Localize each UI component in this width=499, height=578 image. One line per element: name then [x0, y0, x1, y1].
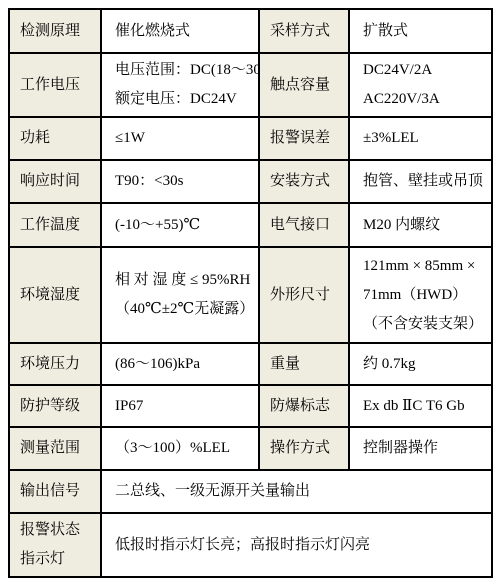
spec-value-cell: 抱管、壁挂或吊顶 [349, 160, 492, 203]
cell-text-line: Ex db ⅡC T6 Gb [363, 392, 487, 421]
cell-text-line: 指示灯 [20, 545, 96, 574]
cell-text-line: 121mm × 85mm × [363, 252, 487, 281]
spec-value-cell: (-10～+55)℃ [101, 203, 259, 247]
cell-text-line: 环境湿度 [20, 281, 96, 310]
spec-label-cell: 功耗 [9, 117, 101, 160]
cell-text-line: DC24V/2A [363, 56, 487, 85]
cell-text-line: （3～100）%LEL [115, 434, 254, 463]
cell-text-line: 响应时间 [20, 167, 96, 196]
cell-text-line: 测量范围 [20, 434, 96, 463]
cell-text-line: 工作温度 [20, 211, 96, 240]
spec-label-cell: 检测原理 [9, 9, 101, 53]
cell-text-line: 工作电压 [20, 71, 96, 100]
spec-label-cell: 防爆标志 [259, 385, 349, 427]
spec-row: 防护等级IP67防爆标志Ex db ⅡC T6 Gb [9, 385, 492, 427]
spec-value-cell: 二总线、一级无源开关量输出 [101, 470, 492, 513]
spec-label-cell: 操作方式 [259, 427, 349, 470]
spec-row: 测量范围（3～100）%LEL操作方式控制器操作 [9, 427, 492, 470]
cell-text-line: 二总线、一级无源开关量输出 [115, 477, 487, 506]
cell-text-line: AC220V/3A [363, 85, 487, 114]
spec-row: 工作电压电压范围：DC(18～30)V额定电压：DC24V触点容量DC24V/2… [9, 53, 492, 117]
spec-value-cell: ±3%LEL [349, 117, 492, 160]
spec-value-cell: ≤1W [101, 117, 259, 160]
spec-row: 检测原理催化燃烧式采样方式扩散式 [9, 9, 492, 53]
spec-label-cell: 安装方式 [259, 160, 349, 203]
spec-sheet-page: 检测原理催化燃烧式采样方式扩散式工作电压电压范围：DC(18～30)V额定电压：… [0, 0, 499, 574]
cell-text-line: 约 0.7kg [363, 350, 487, 379]
spec-label-cell: 采样方式 [259, 9, 349, 53]
cell-text-line: 重量 [270, 350, 344, 379]
cell-text-line: 报警误差 [270, 124, 344, 153]
cell-text-line: IP67 [115, 392, 254, 421]
spec-row: 输出信号二总线、一级无源开关量输出 [9, 470, 492, 513]
cell-text-line: 控制器操作 [363, 434, 487, 463]
spec-value-cell: (86～106)kPa [101, 343, 259, 385]
spec-label-cell: 环境湿度 [9, 247, 101, 343]
spec-label-cell: 触点容量 [259, 53, 349, 117]
cell-text-line: 低报时指示灯长亮；高报时指示灯闪亮 [115, 531, 487, 560]
cell-text-line: 环境压力 [20, 350, 96, 379]
cell-text-line: (-10～+55)℃ [115, 211, 254, 240]
cell-text-line: 防爆标志 [270, 392, 344, 421]
cell-text-line: 抱管、壁挂或吊顶 [363, 167, 487, 196]
cell-text-line: 防护等级 [20, 392, 96, 421]
spec-table: 检测原理催化燃烧式采样方式扩散式工作电压电压范围：DC(18～30)V额定电压：… [8, 8, 493, 578]
spec-value-cell: 低报时指示灯长亮；高报时指示灯闪亮 [101, 513, 492, 577]
cell-text-line: 采样方式 [270, 17, 344, 46]
spec-value-cell: 扩散式 [349, 9, 492, 53]
spec-value-cell: 催化燃烧式 [101, 9, 259, 53]
cell-text-line: 安装方式 [270, 167, 344, 196]
spec-value-cell: 电压范围：DC(18～30)V额定电压：DC24V [101, 53, 259, 117]
spec-label-cell: 响应时间 [9, 160, 101, 203]
spec-row: 报警状态指示灯低报时指示灯长亮；高报时指示灯闪亮 [9, 513, 492, 577]
cell-text-line: T90：<30s [115, 167, 254, 196]
spec-value-cell: M20 内螺纹 [349, 203, 492, 247]
spec-label-cell: 重量 [259, 343, 349, 385]
spec-value-cell: Ex db ⅡC T6 Gb [349, 385, 492, 427]
cell-text-line: 输出信号 [20, 477, 96, 506]
spec-value-cell: 控制器操作 [349, 427, 492, 470]
cell-text-line: 电压范围：DC(18～30)V [115, 56, 254, 85]
spec-label-cell: 测量范围 [9, 427, 101, 470]
cell-text-line: 触点容量 [270, 71, 344, 100]
cell-text-line: 报警状态 [20, 516, 96, 545]
spec-value-cell: DC24V/2AAC220V/3A [349, 53, 492, 117]
cell-text-line: M20 内螺纹 [363, 211, 487, 240]
spec-row: 环境湿度相 对 湿 度 ≤ 95%RH（40℃±2℃无凝露）外形尺寸121mm … [9, 247, 492, 343]
cell-text-line: 功耗 [20, 124, 96, 153]
spec-label-cell: 报警状态指示灯 [9, 513, 101, 577]
cell-text-line: 催化燃烧式 [115, 17, 254, 46]
spec-label-cell: 报警误差 [259, 117, 349, 160]
cell-text-line: (86～106)kPa [115, 350, 254, 379]
spec-value-cell: 约 0.7kg [349, 343, 492, 385]
spec-label-cell: 防护等级 [9, 385, 101, 427]
spec-value-cell: 121mm × 85mm ×71mm（HWD）（不含安装支架） [349, 247, 492, 343]
spec-label-cell: 工作电压 [9, 53, 101, 117]
spec-row: 功耗≤1W报警误差±3%LEL [9, 117, 492, 160]
spec-table-body: 检测原理催化燃烧式采样方式扩散式工作电压电压范围：DC(18～30)V额定电压：… [9, 9, 492, 577]
spec-value-cell: 相 对 湿 度 ≤ 95%RH（40℃±2℃无凝露） [101, 247, 259, 343]
cell-text-line: 相 对 湿 度 ≤ 95%RH [115, 266, 254, 295]
cell-text-line: 外形尺寸 [270, 281, 344, 310]
spec-value-cell: IP67 [101, 385, 259, 427]
cell-text-line: 操作方式 [270, 434, 344, 463]
spec-label-cell: 电气接口 [259, 203, 349, 247]
spec-row: 响应时间T90：<30s安装方式抱管、壁挂或吊顶 [9, 160, 492, 203]
spec-label-cell: 输出信号 [9, 470, 101, 513]
spec-label-cell: 工作温度 [9, 203, 101, 247]
cell-text-line: ≤1W [115, 124, 254, 153]
spec-value-cell: T90：<30s [101, 160, 259, 203]
spec-row: 工作温度(-10～+55)℃电气接口M20 内螺纹 [9, 203, 492, 247]
cell-text-line: （40℃±2℃无凝露） [115, 295, 254, 324]
spec-value-cell: （3～100）%LEL [101, 427, 259, 470]
cell-text-line: 71mm（HWD） [363, 281, 487, 310]
spec-row: 环境压力(86～106)kPa重量约 0.7kg [9, 343, 492, 385]
cell-text-line: 电气接口 [270, 211, 344, 240]
cell-text-line: 检测原理 [20, 17, 96, 46]
cell-text-line: ±3%LEL [363, 124, 487, 153]
cell-text-line: 额定电压：DC24V [115, 85, 254, 114]
spec-label-cell: 外形尺寸 [259, 247, 349, 343]
spec-label-cell: 环境压力 [9, 343, 101, 385]
cell-text-line: 扩散式 [363, 17, 487, 46]
cell-text-line: （不含安装支架） [363, 310, 487, 339]
